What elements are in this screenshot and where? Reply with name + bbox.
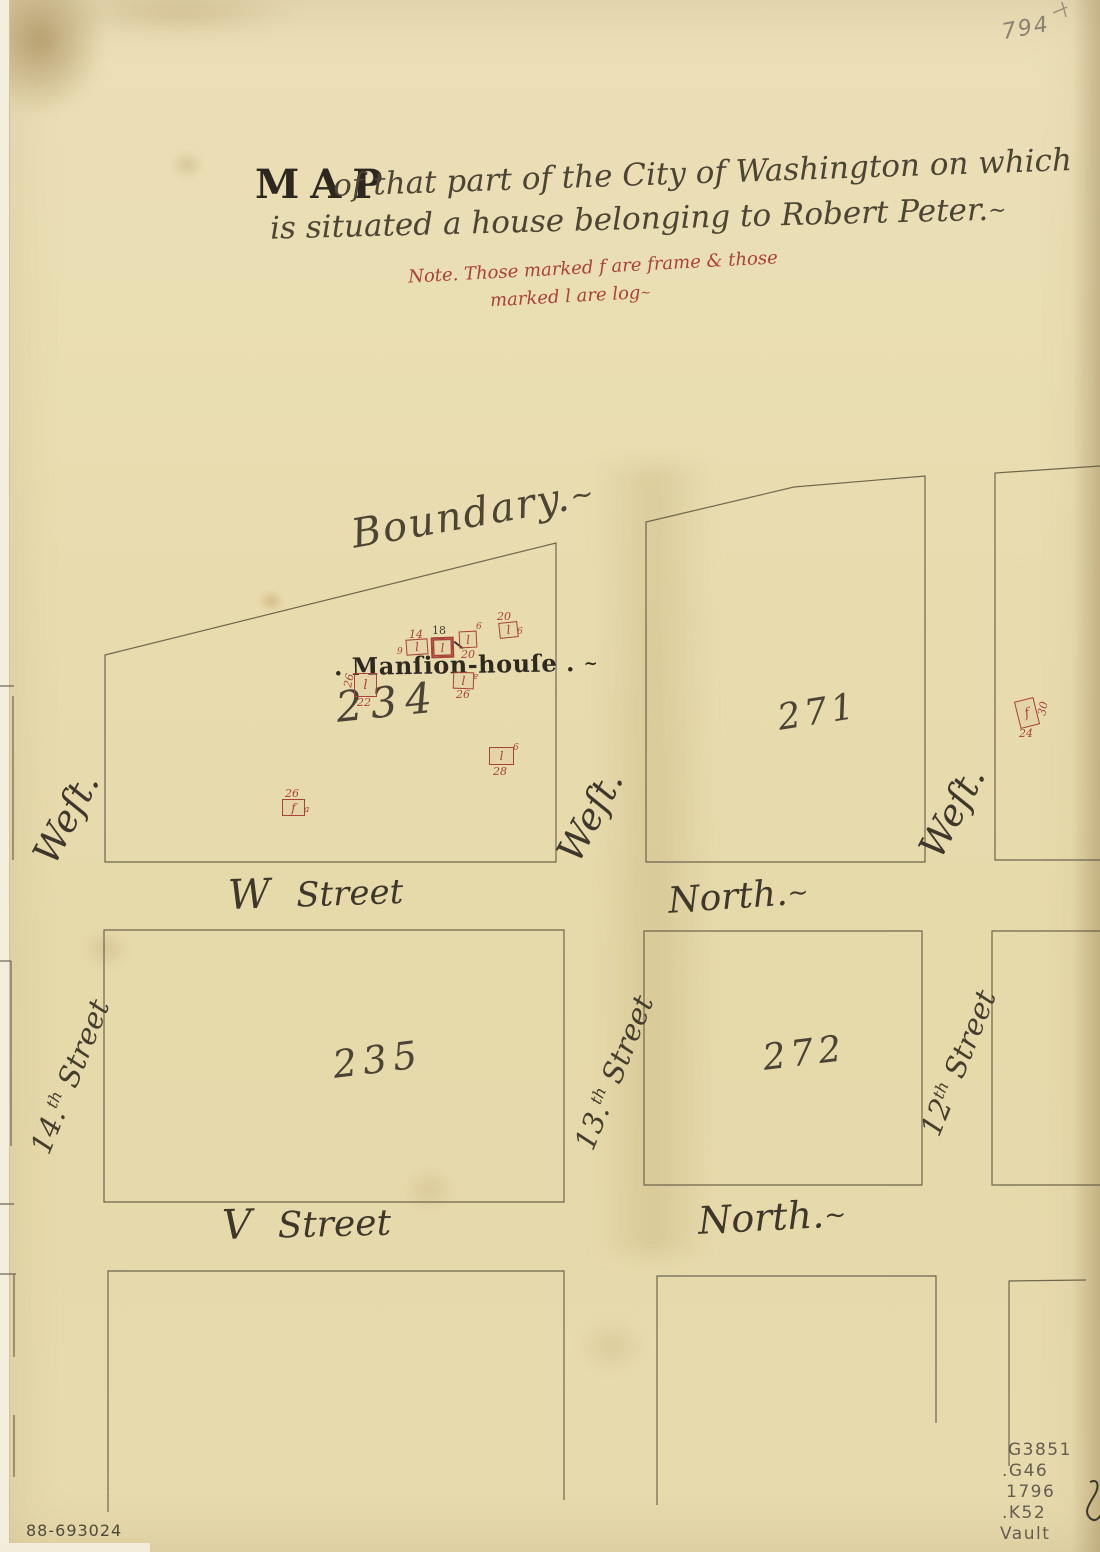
lot-number: 26	[285, 788, 299, 799]
square-234-outline	[105, 543, 556, 862]
lot-number: a	[304, 806, 309, 815]
flourish: ~	[640, 284, 651, 300]
building-type-letter: l	[363, 679, 367, 692]
building-type-letter: f	[291, 802, 295, 814]
v-street-initial: V	[221, 1200, 252, 1249]
square-271-outline	[646, 476, 925, 862]
w-street-initial: W	[227, 870, 271, 919]
lot-number: 22	[357, 697, 371, 708]
lot-number: 18	[432, 625, 446, 636]
lot-number: 9	[397, 648, 403, 657]
flourish: ~	[786, 877, 809, 907]
left-edge-fragments	[0, 686, 16, 1477]
lot-number: 6	[517, 628, 523, 637]
building-type-letter: f	[1023, 706, 1031, 720]
building-mark: l	[453, 672, 475, 690]
building-mark: l	[489, 747, 514, 765]
corner-pencil-mark	[1053, 2, 1067, 17]
w-street-word: Street	[296, 872, 404, 916]
north-upper-text: North.	[667, 873, 789, 922]
catalog-line: G3851	[1008, 1440, 1072, 1461]
square-bottom-right-outline	[1009, 1280, 1086, 1466]
square-east-of-12th-outline	[995, 466, 1100, 860]
lot-number: 20	[497, 611, 511, 622]
flourish: ~	[988, 198, 1007, 223]
catalog-line: .G46	[1002, 1461, 1072, 1482]
flourish: ~	[584, 653, 598, 673]
square-below-north-outline	[657, 1276, 936, 1505]
north-street-lower-label: North.~	[697, 1192, 848, 1243]
square-lower-east-outline	[992, 931, 1100, 1185]
lot-number: 20	[461, 649, 475, 660]
building-mark: f	[282, 799, 305, 816]
vault-squiggle	[1087, 1481, 1100, 1520]
catalog-line: 1796	[1006, 1482, 1072, 1503]
building-type-letter: l	[440, 641, 444, 653]
v-street-word: Street	[277, 1203, 391, 1247]
square-below-v-street-outline	[108, 1271, 564, 1512]
lot-number: 24	[1019, 728, 1033, 739]
north-lower-text: North.	[697, 1192, 825, 1243]
building-mark: l	[459, 631, 478, 649]
lot-number: 26	[456, 689, 470, 700]
map-sheet: MAP of that part of the City of Washingt…	[0, 0, 1100, 1552]
lot-number: 14	[409, 629, 423, 640]
catalog-line: Vault	[1000, 1524, 1072, 1545]
building-type-letter: l	[500, 750, 504, 762]
v-street-label: VStreet	[221, 1198, 391, 1250]
lot-number: 26	[342, 673, 356, 689]
lot-number: 6	[513, 744, 519, 753]
lot-number: 30	[1036, 701, 1050, 717]
flourish: ~	[823, 1199, 847, 1231]
negative-number: 88-693024	[26, 1522, 122, 1540]
building-mark: l	[431, 637, 455, 659]
w-street-label: WStreet	[227, 866, 404, 919]
catalog-line: .K52	[1002, 1503, 1072, 1524]
lot-number: e	[473, 673, 478, 682]
building-type-letter: l	[466, 633, 470, 645]
building-mark: l	[498, 621, 519, 639]
building-type-letter: l	[461, 674, 465, 686]
building-mark: l	[354, 673, 377, 697]
building-type-letter: l	[506, 624, 511, 636]
lot-number: 6	[476, 623, 482, 632]
catalog-block: G3851 .G46 1796 .K52 Vault	[1002, 1440, 1072, 1545]
lot-number: 28	[493, 766, 507, 777]
building-type-letter: l	[415, 641, 420, 653]
